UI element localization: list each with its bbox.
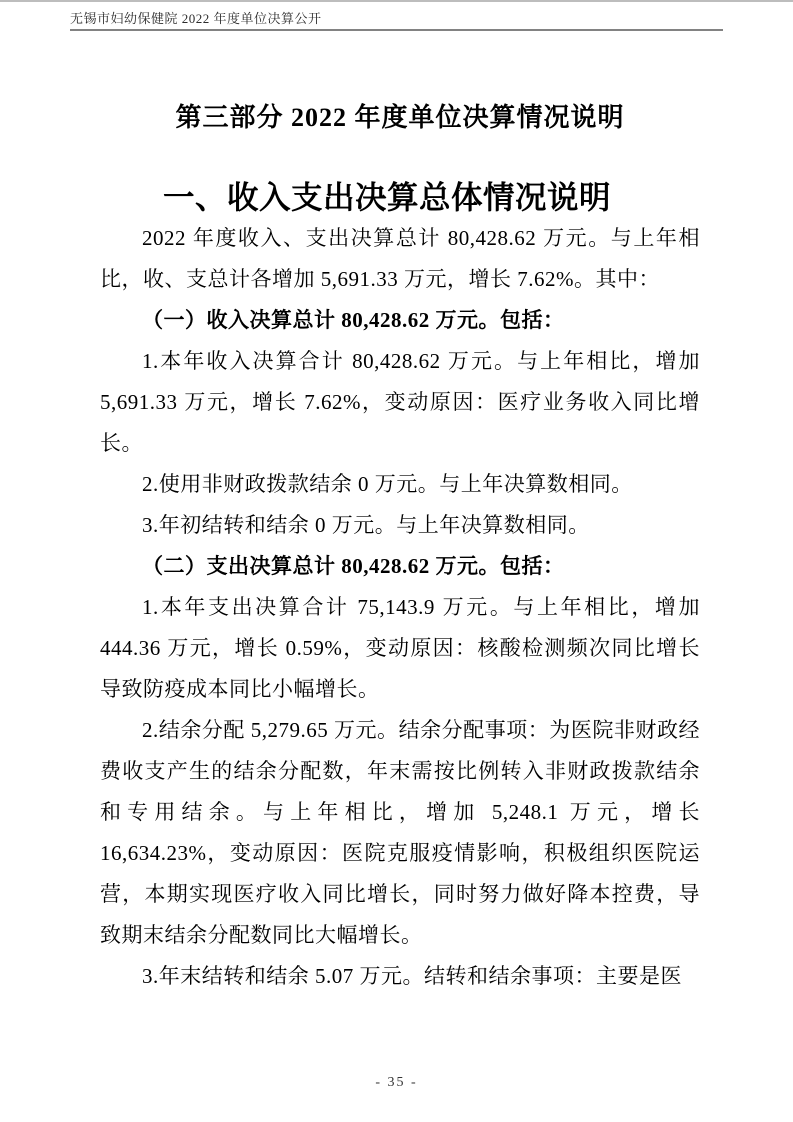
paragraph-total-summary: 2022 年度收入、支出决算总计 80,428.62 万元。与上年相比，收、支总… — [100, 218, 700, 300]
document-body: 第三部分 2022 年度单位决算情况说明 一、收入支出决算总体情况说明 2022… — [100, 0, 700, 997]
subheading-expenditure-total: （二）支出决算总计 80,428.62 万元。包括： — [100, 546, 700, 587]
document-title: 第三部分 2022 年度单位决算情况说明 — [100, 0, 700, 136]
subheading-income-total: （一）收入决算总计 80,428.62 万元。包括： — [100, 300, 700, 341]
document-page: 无锡市妇幼保健院 2022 年度单位决算公开 第三部分 2022 年度单位决算情… — [0, 0, 793, 1122]
paragraph-income-item-3: 3.年初结转和结余 0 万元。与上年决算数相同。 — [100, 505, 700, 546]
paragraph-income-item-2: 2.使用非财政拨款结余 0 万元。与上年决算数相同。 — [100, 464, 700, 505]
paragraph-expenditure-item-1: 1.本年支出决算合计 75,143.9 万元。与上年相比，增加 444.36 万… — [100, 587, 700, 710]
page-number: - 35 - — [0, 1074, 793, 1092]
paragraph-income-item-1: 1.本年收入决算合计 80,428.62 万元。与上年相比，增加 5,691.3… — [100, 341, 700, 464]
paragraph-expenditure-item-2: 2.结余分配 5,279.65 万元。结余分配事项：为医院非财政经费收支产生的结… — [100, 710, 700, 956]
section-heading-overall: 一、收入支出决算总体情况说明 — [100, 136, 700, 218]
paragraph-expenditure-item-3: 3.年末结转和结余 5.07 万元。结转和结余事项：主要是医 — [100, 956, 700, 997]
